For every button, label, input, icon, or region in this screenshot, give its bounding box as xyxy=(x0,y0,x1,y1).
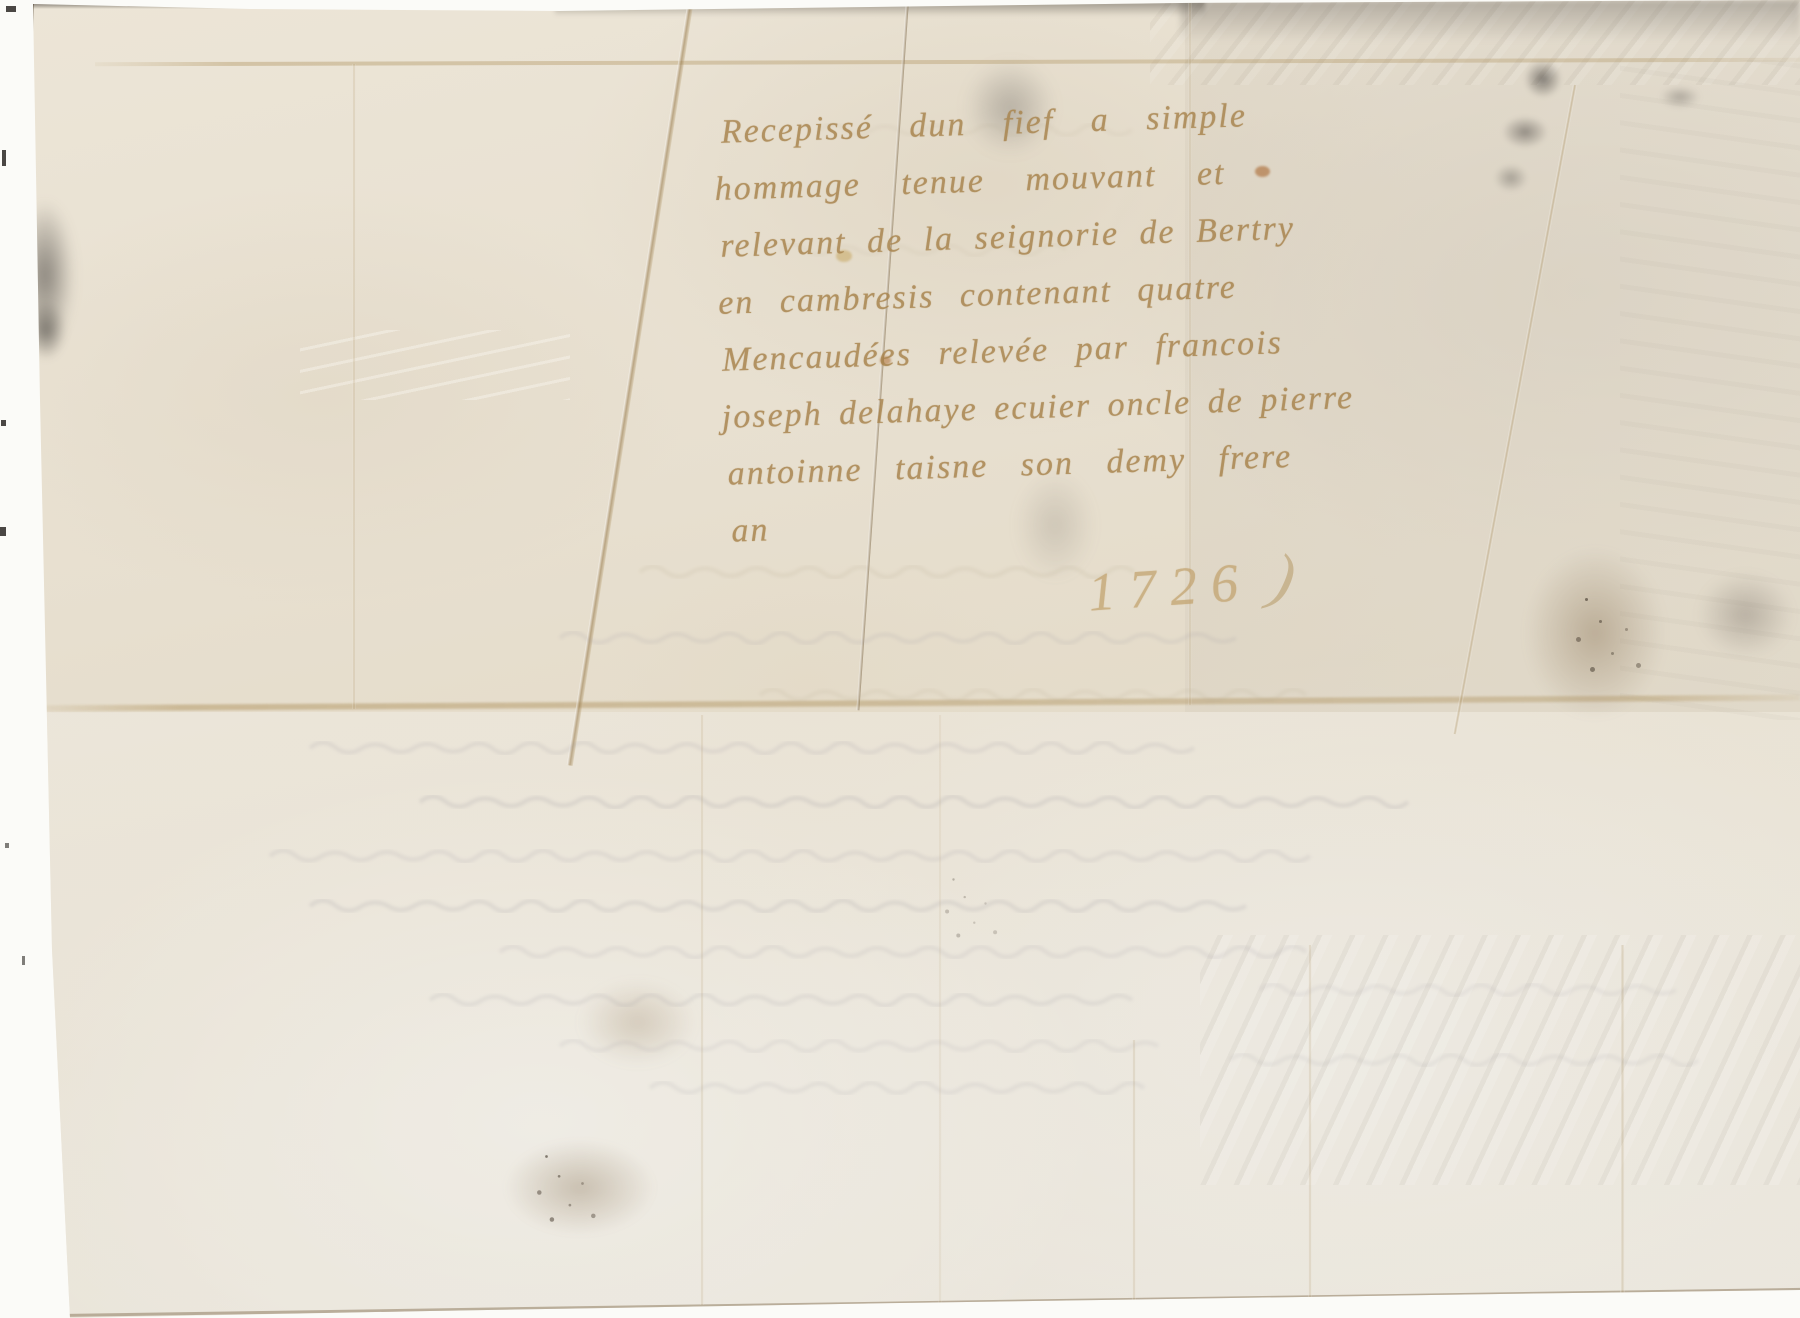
scanner-edge-mark xyxy=(5,843,9,848)
left-sheet-edge xyxy=(0,2,34,1318)
scanner-edge-mark xyxy=(0,527,6,536)
scanner-edge-mark xyxy=(2,150,6,166)
scanner-edge-mark xyxy=(6,6,16,12)
endorsement-text-block: Recepissé dun fief a simple hommage tenu… xyxy=(712,84,1366,560)
scanned-parchment-document: Recepissé dun fief a simple hommage tenu… xyxy=(0,0,1800,1318)
year-inscription: 1726 xyxy=(1086,550,1254,623)
parchment-sheet: Recepissé dun fief a simple hommage tenu… xyxy=(0,0,1800,1318)
scanner-edge-mark xyxy=(1,420,6,426)
scanner-edge-mark xyxy=(22,956,25,965)
